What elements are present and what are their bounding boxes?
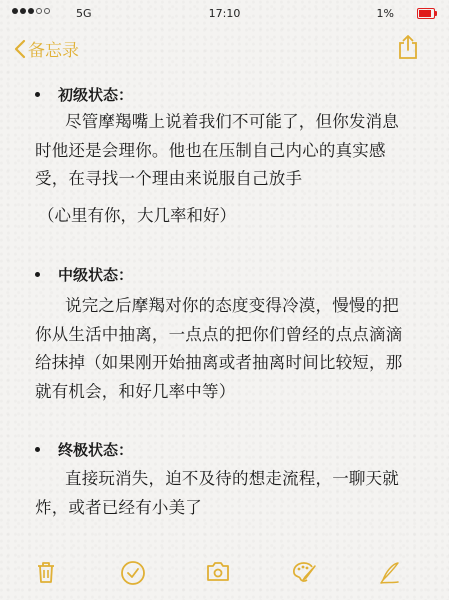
delete-button[interactable]	[36, 560, 56, 588]
back-button[interactable]: 备忘录	[14, 36, 79, 61]
chevron-left-icon	[14, 39, 26, 59]
share-button[interactable]	[397, 34, 419, 64]
section-heading: 初级状态：	[35, 84, 133, 105]
checklist-button[interactable]	[120, 560, 146, 590]
section-paragraph: 直接玩消失，迫不及待的想走流程，一聊天就炸，或者已经有小美了	[35, 465, 415, 522]
trash-icon	[36, 560, 56, 584]
palette-icon	[291, 560, 317, 584]
status-bar: 5G 17:10 1%	[0, 0, 449, 28]
section-heading: 中级状态：	[35, 264, 133, 285]
camera-icon	[206, 560, 230, 582]
battery-percent: 1%	[377, 7, 394, 20]
bottom-toolbar	[0, 550, 449, 600]
bullet-icon	[35, 272, 40, 277]
section-aside: （心里有你，大几率和好）	[38, 202, 236, 230]
pen-icon	[378, 560, 402, 586]
battery-icon	[417, 8, 435, 19]
section-heading: 终极状态：	[35, 439, 133, 460]
handwriting-button[interactable]	[378, 560, 402, 590]
section-paragraph: 说完之后摩羯对你的态度变得冷漠，慢慢的把你从生活中抽离，一点点的把你们曾经的点点…	[35, 292, 415, 406]
camera-button[interactable]	[206, 560, 230, 586]
back-label: 备忘录	[28, 36, 79, 61]
bullet-icon	[35, 92, 40, 97]
bullet-icon	[35, 447, 40, 452]
share-icon	[397, 34, 419, 60]
sketch-button[interactable]	[291, 560, 317, 588]
section-paragraph: 尽管摩羯嘴上说着我们不可能了，但你发消息时他还是会理你。他也在压制自己内心的真实…	[35, 108, 415, 194]
checkmark-circle-icon	[120, 560, 146, 586]
nav-bar: 备忘录	[0, 28, 449, 68]
